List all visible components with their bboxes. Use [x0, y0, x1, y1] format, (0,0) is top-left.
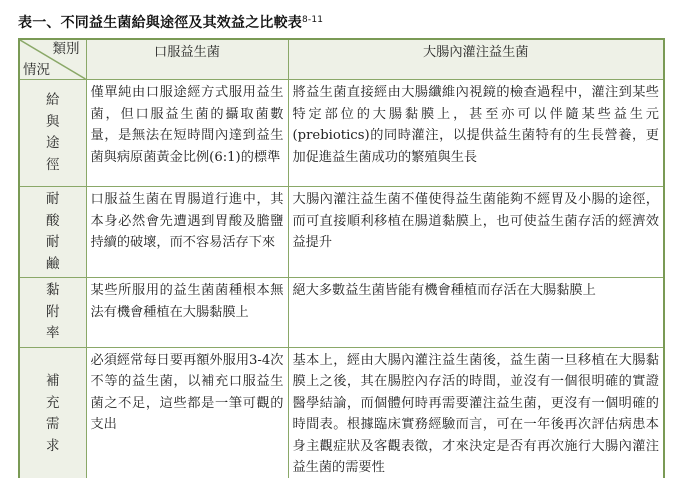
table-row: 補充需求 必須經常每日要再額外服用3-4次不等的益生菌，以補充口服益生菌之不足，… [19, 347, 664, 478]
table-row: 耐酸耐鹼 口服益生菌在胃腸道行進中，其本身必然會先遭遇到胃酸及膽鹽持續的破壞，而… [19, 187, 664, 278]
colonic-cell: 大腸內灌注益生菌不僅使得益生菌能夠不經胃及小腸的途徑，而可直接順利移植在腸道黏膜… [288, 187, 664, 278]
table-title: 表一、不同益生菌給與途徑及其效益之比較表8-11 [18, 12, 323, 32]
column-header-colonic: 大腸內灌注益生菌 [288, 39, 664, 80]
row-label-cell: 給與途徑 [19, 80, 86, 187]
table-row: 黏附率 某些所服用的益生菌菌種根本無法有機會種植在大腸黏膜上 絕大多數益生菌皆能… [19, 278, 664, 348]
row-label-cell: 黏附率 [19, 278, 86, 348]
oral-cell: 某些所服用的益生菌菌種根本無法有機會種植在大腸黏膜上 [86, 278, 288, 348]
table-row: 給與途徑 僅單純由口服途經方式服用益生菌，但口服益生菌的攝取菌數量，是無法在短時… [19, 80, 664, 187]
colonic-cell: 絕大多數益生菌皆能有機會種植而存活在大腸黏膜上 [288, 278, 664, 348]
corner-situation-label: 情況 [23, 62, 50, 78]
colonic-cell: 將益生菌直接經由大腸纖維內視鏡的檢查過程中，灌注到某些特定部位的大腸黏膜上，甚至… [288, 80, 664, 187]
row-label: 給與途徑 [46, 90, 60, 176]
corner-header-cell: 類別 情況 [19, 39, 86, 80]
citation-superscript: 8-11 [302, 15, 323, 25]
row-label-cell: 耐酸耐鹼 [19, 187, 86, 278]
header-row: 類別 情況 口服益生菌 大腸內灌注益生菌 [19, 39, 664, 80]
oral-cell: 僅單純由口服途經方式服用益生菌，但口服益生菌的攝取菌數量，是無法在短時間內達到益… [86, 80, 288, 187]
row-label: 補充需求 [46, 371, 60, 457]
oral-cell: 必須經常每日要再額外服用3-4次不等的益生菌，以補充口服益生菌之不足，這些都是一… [86, 347, 288, 478]
comparison-table: 類別 情況 口服益生菌 大腸內灌注益生菌 給與途徑 僅單純由口服途經方式服用益生… [18, 38, 665, 478]
oral-cell: 口服益生菌在胃腸道行進中，其本身必然會先遭遇到胃酸及膽鹽持續的破壞，而不容易活存… [86, 187, 288, 278]
corner-category-label: 類別 [53, 41, 80, 57]
column-header-oral: 口服益生菌 [86, 39, 288, 80]
row-label: 黏附率 [46, 280, 60, 345]
table-title-text: 表一、不同益生菌給與途徑及其效益之比較表 [18, 15, 302, 31]
colonic-cell: 基本上，經由大腸內灌注益生菌後，益生菌一旦移植在大腸黏膜上之後，其在腸腔內存活的… [288, 347, 664, 478]
row-label: 耐酸耐鹼 [46, 189, 60, 275]
row-label-cell: 補充需求 [19, 347, 86, 478]
